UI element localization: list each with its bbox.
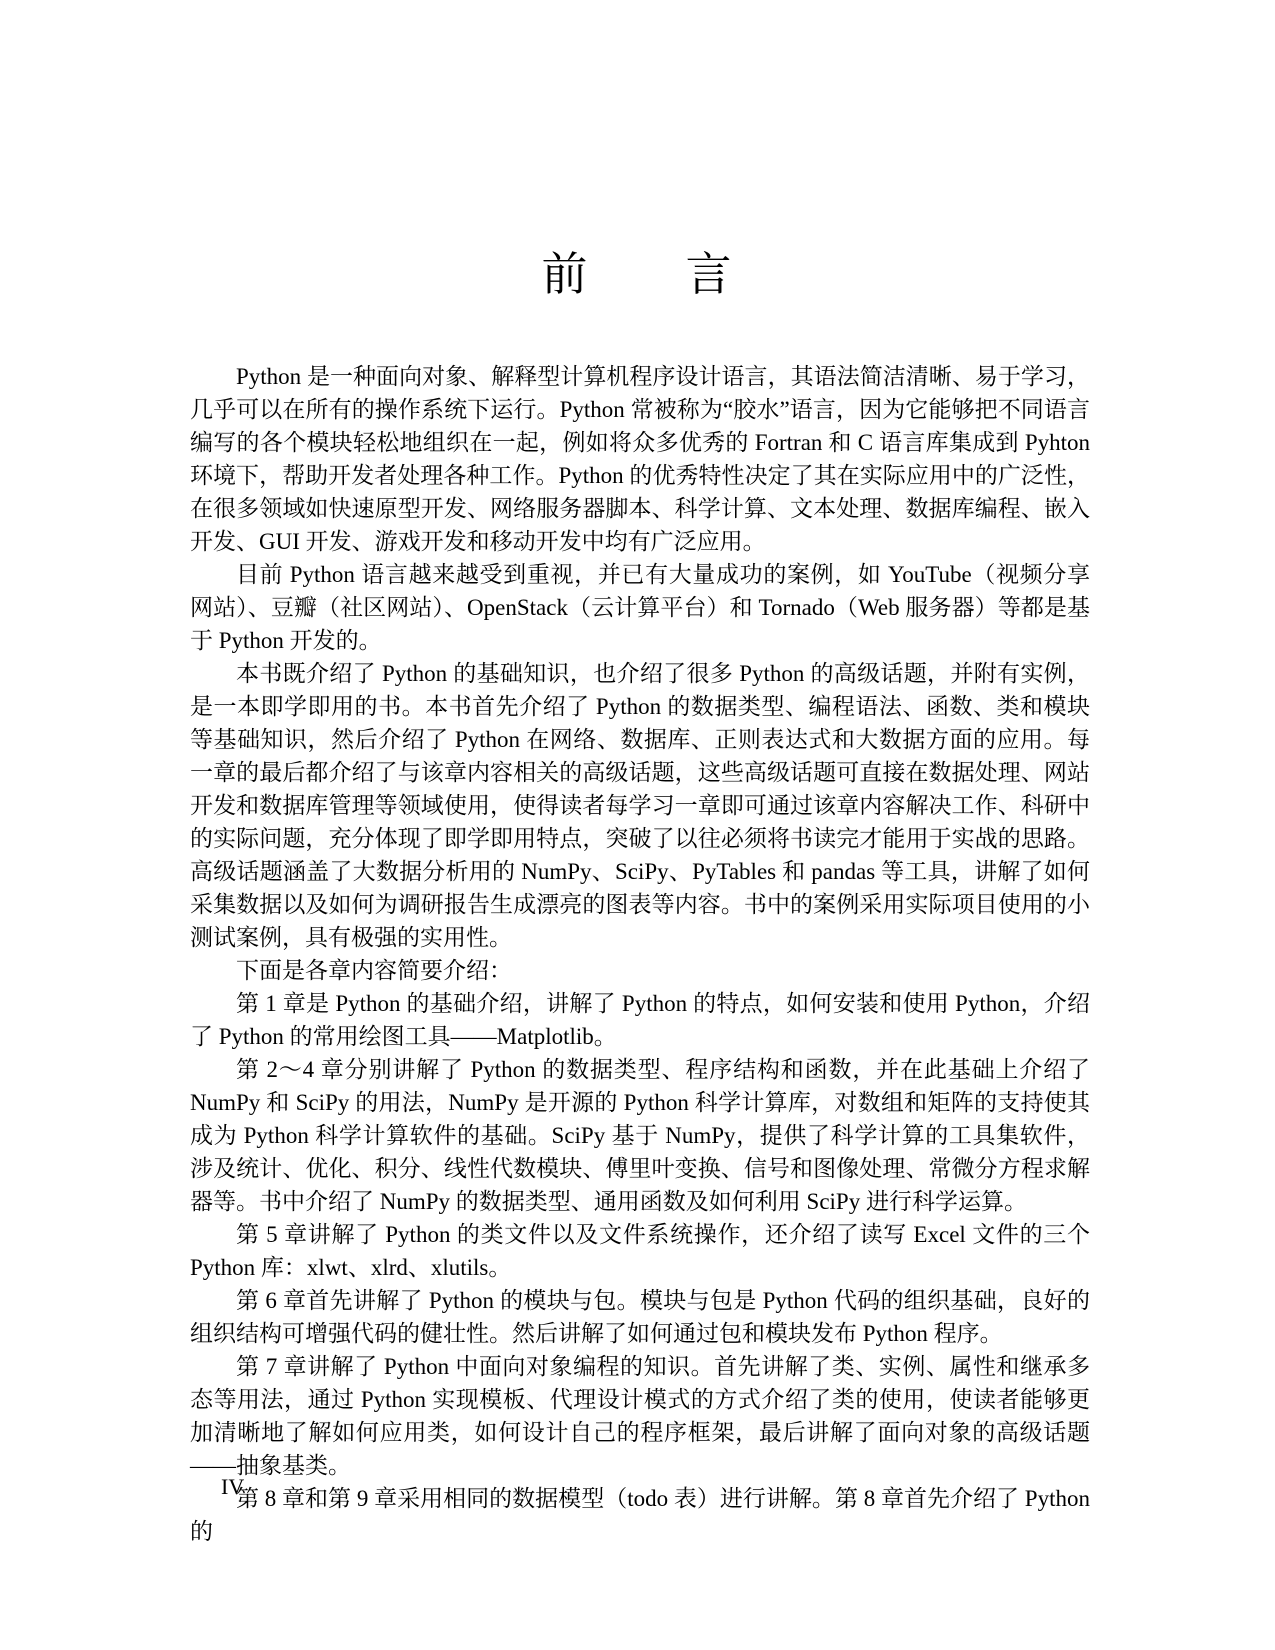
paragraph-chapter-5: 第 5 章讲解了 Python 的类文件以及文件系统操作，还介绍了读写 Exce…	[190, 1218, 1090, 1284]
page-title: 前 言	[0, 248, 1275, 301]
paragraph-chapters-2-4: 第 2～4 章分别讲解了 Python 的数据类型、程序结构和函数，并在此基础上…	[190, 1053, 1090, 1218]
paragraph-chapters-lead-in: 下面是各章内容简要介绍：	[190, 954, 1090, 987]
paragraph-intro-python: Python 是一种面向对象、解释型计算机程序设计语言，其语法简洁清晰、易于学习…	[190, 360, 1090, 558]
paragraph-chapter-7: 第 7 章讲解了 Python 中面向对象编程的知识。首先讲解了类、实例、属性和…	[190, 1350, 1090, 1482]
paragraph-python-cases: 目前 Python 语言越来越受到重视，并已有大量成功的案例，如 YouTube…	[190, 558, 1090, 657]
document-body: Python 是一种面向对象、解释型计算机程序设计语言，其语法简洁清晰、易于学习…	[190, 360, 1090, 1548]
document-page: 前 言 Python 是一种面向对象、解释型计算机程序设计语言，其语法简洁清晰、…	[0, 0, 1275, 1650]
paragraph-book-overview: 本书既介绍了 Python 的基础知识，也介绍了很多 Python 的高级话题，…	[190, 657, 1090, 954]
paragraph-chapters-8-9: 第 8 章和第 9 章采用相同的数据模型（todo 表）进行讲解。第 8 章首先…	[190, 1482, 1090, 1548]
page-number: IV	[221, 1474, 244, 1500]
paragraph-chapter-6: 第 6 章首先讲解了 Python 的模块与包。模块与包是 Python 代码的…	[190, 1284, 1090, 1350]
paragraph-chapter-1: 第 1 章是 Python 的基础介绍，讲解了 Python 的特点，如何安装和…	[190, 987, 1090, 1053]
